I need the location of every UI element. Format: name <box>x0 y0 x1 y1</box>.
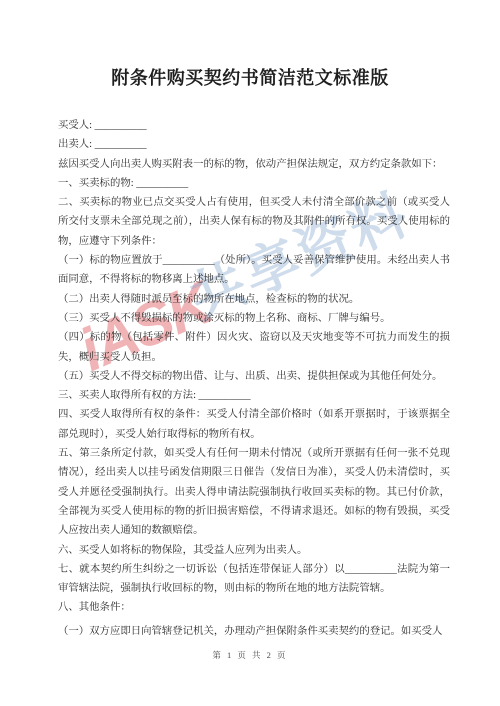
document-title: 附条件购买契约书简洁范文标准版 <box>0 64 500 90</box>
contract-paragraph: 七、就本契约所生纠纷之一切诉讼（包括连带保证人部分）以__________法院为… <box>58 560 450 599</box>
contract-paragraph: 一、买卖标的物: __________ <box>58 174 450 193</box>
contract-paragraph: 五、第三条所定付款，如买受人有任何一期未付情况（或所开票据有任何一张不兑现情况）… <box>58 444 450 540</box>
document-page: 附条件购买契约书简洁范文标准版 iASK共享资料 买受人: __________… <box>0 0 500 706</box>
document-body: 买受人: __________出卖人: __________兹因买受人向出卖人购… <box>58 116 450 641</box>
contract-paragraph: （二）出卖人得随时派员至标的物所在地点，检查标的物的状况。 <box>58 290 450 309</box>
contract-paragraph: 六、买受人如将标的物保险，其受益人应列为出卖人。 <box>58 541 450 560</box>
page-number-footer: 第 1 页 共 2 页 <box>0 649 500 661</box>
contract-paragraph: 出卖人: __________ <box>58 135 450 154</box>
contract-paragraph: 八、其他条件： <box>58 598 450 617</box>
contract-paragraph: （一）双方应即日向管辖登记机关，办理动产担保附条件买卖契约的登记。如买受人 <box>58 622 450 641</box>
contract-paragraph: 四、买受人取得所有权的条件：买受人付清全部价格时（如系开票据时，于该票据全部兑现… <box>58 405 450 444</box>
contract-paragraph: 兹因买受人向出卖人购买附表一的标的物，依动产担保法规定，双方约定条款如下： <box>58 155 450 174</box>
contract-paragraph: （四）标的物（包括零件、附件）因火灾、盗窃以及天灾地变等不可抗力而发生的损失，概… <box>58 328 450 367</box>
contract-paragraph: （五）买受人不得交标的物出借、让与、出质、出卖、提供担保或为其他任何处分。 <box>58 367 450 386</box>
contract-paragraph: （一）标的物应置放于__________（处所）。买受人妥善保管维护使用。未经出… <box>58 251 450 290</box>
contract-paragraph: 二、买卖标的物业已点交买受人占有使用，但买受人未付清全部价款之前（或买受人所交付… <box>58 193 450 251</box>
contract-paragraph: （三）买受人不得毁损标的物或涂灭标的物上名称、商标、厂牌与编号。 <box>58 309 450 328</box>
contract-paragraph: 三、买卖人取得所有权的方法: __________ <box>58 386 450 405</box>
contract-paragraph: 买受人: __________ <box>58 116 450 135</box>
